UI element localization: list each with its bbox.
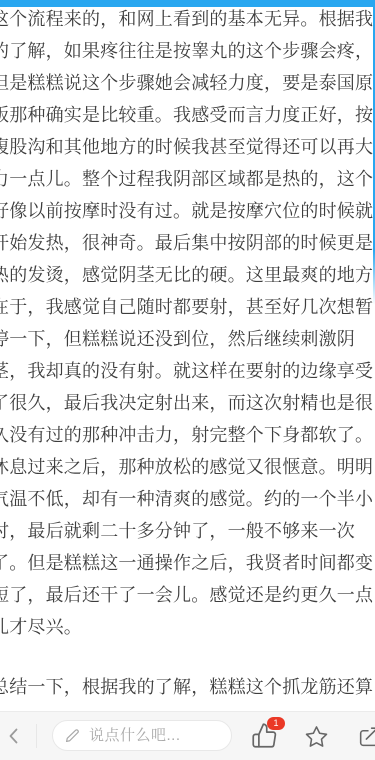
article-text: 这个流程来的，和网上看到的基本无异。根据我的了解，如果疼往往是按睾丸的这个步骤会… [0,3,375,703]
comment-input-wrapper [52,720,232,751]
article-line: 短了，最后还干了一会儿。感觉还是约更久一点 [0,579,375,611]
article-line: 久没有过的那种冲击力，射完整个下身都软了。 [0,419,375,451]
star-icon [304,724,329,749]
article-line: 茎，我却真的没有射。就这样在要射的边缘享受 [0,355,375,387]
article-line: 这个流程来的，和网上看到的基本无异。根据我 [0,3,375,35]
article-line: 了。但是糕糕这一通操作之后，我贤者时间都变 [0,547,375,579]
article-line: 停一下，但糕糕说还没到位，然后继续刺激阴 [0,323,375,355]
comment-input[interactable] [52,720,232,751]
favorite-button[interactable] [304,724,329,749]
article-line: 腹股沟和其他地方的时候我甚至觉得还可以再大 [0,131,375,163]
bottom-comment-bar: 1 [0,711,375,760]
article-paragraph: 总结一下，根据我的了解，糕糕这个抓龙筋还算 [0,671,375,703]
article-line: 在于，我感觉自己随时都要射，甚至好几次想暂 [0,291,375,323]
article-line: 了很久，最后我决定射出来，而这次射精也是很 [0,387,375,419]
chevron-left-icon [2,724,26,748]
share-forward-icon [356,724,375,749]
article-line: 力一点儿。整个过程我阴部区域都是热的，这个 [0,163,375,195]
article-line: 气温不低，却有一种清爽的感觉。约的一个半小 [0,483,375,515]
article-paragraph: 这个流程来的，和网上看到的基本无异。根据我的了解，如果疼往往是按睾丸的这个步骤会… [0,3,375,643]
toolbar-divider [36,724,37,748]
article-line: 总结一下，根据我的了解，糕糕这个抓龙筋还算 [0,671,375,703]
article-line: 版那种确实是比较重。我感受而言力度正好，按 [0,99,375,131]
article-line: 休息过来之后，那种放松的感觉又很惬意。明明 [0,451,375,483]
article-line: 热的发烫，感觉阴茎无比的硬。这里最爽的地方 [0,259,375,291]
article-line: 好像以前按摩时没有过。就是按摩穴位的时候就 [0,195,375,227]
article-line: 但是糕糕说这个步骤她会减轻力度，要是泰国原 [0,67,375,99]
top-progress-bar [0,0,375,7]
article-line: 的了解，如果疼往往是按睾丸的这个步骤会疼， [0,35,375,67]
like-badge: 1 [267,717,285,730]
share-button[interactable] [356,724,375,749]
back-button[interactable] [2,724,26,748]
article-line: 儿才尽兴。 [0,611,375,643]
article-line: 开始发热，很神奇。最后集中按阴部的时候更是 [0,227,375,259]
article-line: 时，最后就剩二十多分钟了，一般不够来一次 [0,515,375,547]
